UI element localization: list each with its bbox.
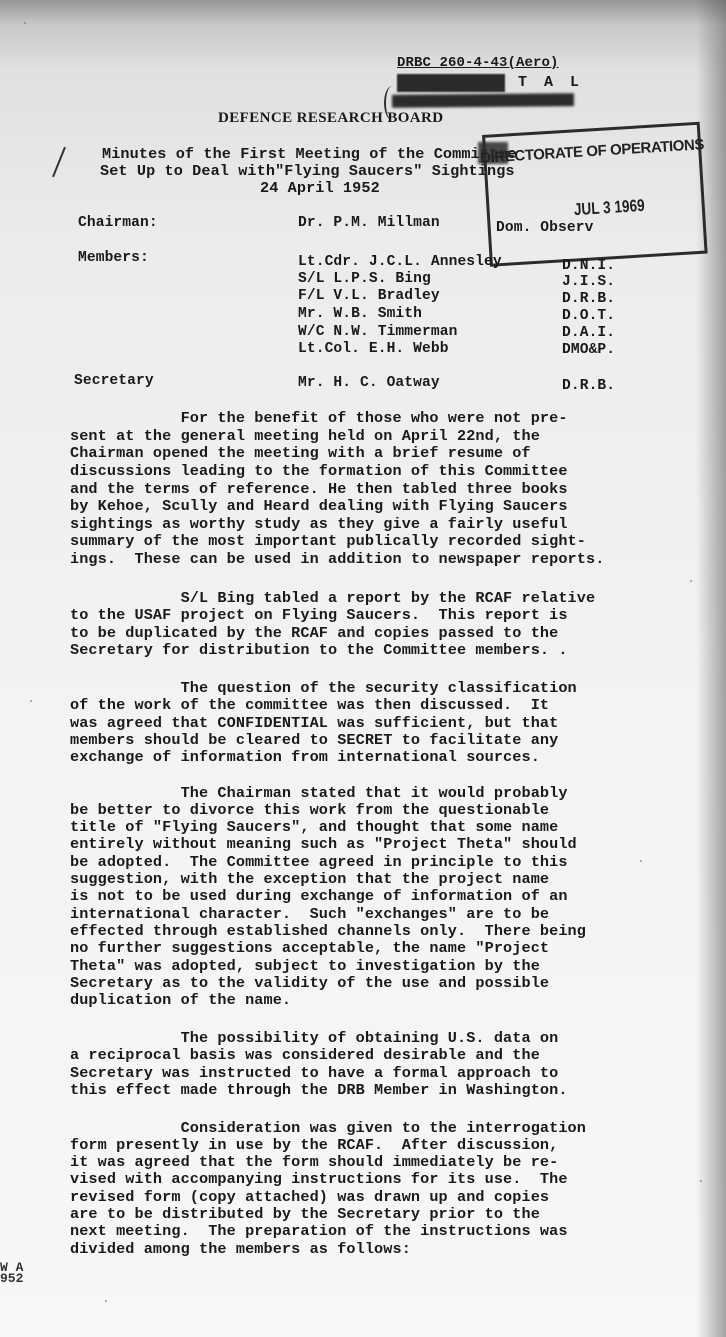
file-reference: DRBC 260-4-43(Aero) <box>397 55 559 73</box>
paragraph-line: For the benefit of those who were not pr… <box>70 410 670 427</box>
paragraph-line: entirely without meaning such as "Projec… <box>70 836 670 853</box>
paragraph-line: is not to be used during exchange of inf… <box>70 888 670 905</box>
scan-speck <box>24 22 26 24</box>
classification-redacted: UNCLASSIFIED <box>397 74 505 92</box>
member-name: Lt.Cdr. J.C.L. Annesley <box>298 254 502 272</box>
paragraph-line: a reciprocal basis was considered desira… <box>70 1047 670 1064</box>
paragraph-line: Secretary for distribution to the Commit… <box>70 642 670 659</box>
paragraph-line: no further suggestions acceptable, the n… <box>70 940 670 957</box>
paragraph-line: be better to divorce this work from the … <box>70 802 670 819</box>
paragraph-line: revised form (copy attached) was drawn u… <box>70 1189 670 1206</box>
paragraph-line: suggestion, with the exception that the … <box>70 871 670 888</box>
member-dept: D.R.B. <box>562 291 615 309</box>
classification-suffix: T A L <box>518 74 583 91</box>
members-label: Members: <box>78 250 149 268</box>
member-name: F/L V.L. Bradley <box>298 288 440 306</box>
paragraph-line: Theta" was adopted, subject to investiga… <box>70 958 670 975</box>
meeting-date: 24 April 1952 <box>260 180 380 198</box>
paragraph-line: effected through established channels on… <box>70 923 670 940</box>
paragraph-line: discussions leading to the formation of … <box>70 463 670 480</box>
paragraph-line: Secretary as to the validity of the use … <box>70 975 670 992</box>
paragraph-line: Consideration was given to the interroga… <box>70 1120 670 1137</box>
paragraph-line: members should be cleared to SECRET to f… <box>70 732 670 749</box>
paragraph-line: summary of the most important publically… <box>70 533 670 550</box>
paragraph-line: S/L Bing tabled a report by the RCAF rel… <box>70 590 670 607</box>
scan-speck <box>30 700 32 702</box>
scan-speck <box>690 580 692 582</box>
paragraph-line: The question of the security classificat… <box>70 680 670 697</box>
paragraph-line: The Chairman stated that it would probab… <box>70 785 670 802</box>
paragraph-line: sightings as worthy study as they give a… <box>70 516 670 533</box>
secretary-name: Mr. H. C. Oatway <box>298 375 440 393</box>
paragraph-line: sent at the general meeting held on Apri… <box>70 428 670 445</box>
chairman-name: Dr. P.M. Millman <box>298 215 440 233</box>
document-title-line-1: Minutes of the First Meeting of the Comm… <box>102 146 517 164</box>
member-dept: J.I.S. <box>562 274 615 292</box>
member-dept: D.O.T. <box>562 308 615 326</box>
paragraph-line: title of "Flying Saucers", and thought t… <box>70 819 670 836</box>
redaction-bar <box>392 93 574 108</box>
scan-speck <box>640 860 642 862</box>
paragraph-line: this effect made through the DRB Member … <box>70 1082 670 1099</box>
paragraph-line: it was agreed that the form should immed… <box>70 1154 670 1171</box>
member-name: Mr. W.B. Smith <box>298 306 422 324</box>
paragraph-line: exchange of information from internation… <box>70 749 670 766</box>
member-dept: D.N.I. <box>562 258 615 276</box>
paragraph-line: duplication of the name. <box>70 992 670 1009</box>
paragraph-line: of the work of the committee was then di… <box>70 697 670 714</box>
member-name: S/L L.P.S. Bing <box>298 271 431 289</box>
paragraph-line: next meeting. The preparation of the ins… <box>70 1223 670 1240</box>
scan-speck <box>105 1300 107 1302</box>
paragraph-line: divided among the members as follows: <box>70 1241 670 1258</box>
scan-speck <box>700 1180 702 1182</box>
paragraph-line: The possibility of obtaining U.S. data o… <box>70 1030 670 1047</box>
paragraph-line: to the USAF project on Flying Saucers. T… <box>70 607 670 624</box>
paragraph-line: vised with accompanying instructions for… <box>70 1171 670 1188</box>
paragraph-line: and the terms of reference. He then tabl… <box>70 481 670 498</box>
paragraph-line: Secretary was instructed to have a forma… <box>70 1065 670 1082</box>
margin-note: W A 952 <box>0 1262 23 1284</box>
paragraph-line: ings. These can be used in addition to n… <box>70 551 670 568</box>
document-title-line-2: Set Up to Deal with"Flying Saucers" Sigh… <box>100 163 515 181</box>
margin-note-line-2: 952 <box>0 1271 23 1286</box>
member-name: Lt.Col. E.H. Webb <box>298 341 449 359</box>
organization-heading: DEFENCE RESEARCH BOARD <box>218 110 444 128</box>
chairman-dept: Dom. Observ <box>496 220 593 238</box>
chairman-label: Chairman: <box>78 215 158 233</box>
classification-marking: UNCLASSIFIED T A L <box>397 74 583 92</box>
secretary-label: Secretary <box>74 373 154 391</box>
paragraph-line: to be duplicated by the RCAF and copies … <box>70 625 670 642</box>
paragraph-line: Chairman opened the meeting with a brief… <box>70 445 670 462</box>
paragraph-line: be adopted. The Committee agreed in prin… <box>70 854 670 871</box>
secretary-dept: D.R.B. <box>562 378 615 396</box>
paragraph-line: was agreed that CONFIDENTIAL was suffici… <box>70 715 670 732</box>
member-name: W/C N.W. Timmerman <box>298 324 457 342</box>
pencil-mark <box>52 147 66 177</box>
paragraph-line: by Kehoe, Scully and Heard dealing with … <box>70 498 670 515</box>
paragraph-line: are to be distributed by the Secretary p… <box>70 1206 670 1223</box>
member-dept: DMO&P. <box>562 342 615 360</box>
paragraph-line: international character. Such "exchanges… <box>70 906 670 923</box>
member-dept: D.A.I. <box>562 325 615 343</box>
paragraph-line: form presently in use by the RCAF. After… <box>70 1137 670 1154</box>
document-page: DRBC 260-4-43(Aero) UNCLASSIFIED T A L D… <box>0 0 726 1337</box>
